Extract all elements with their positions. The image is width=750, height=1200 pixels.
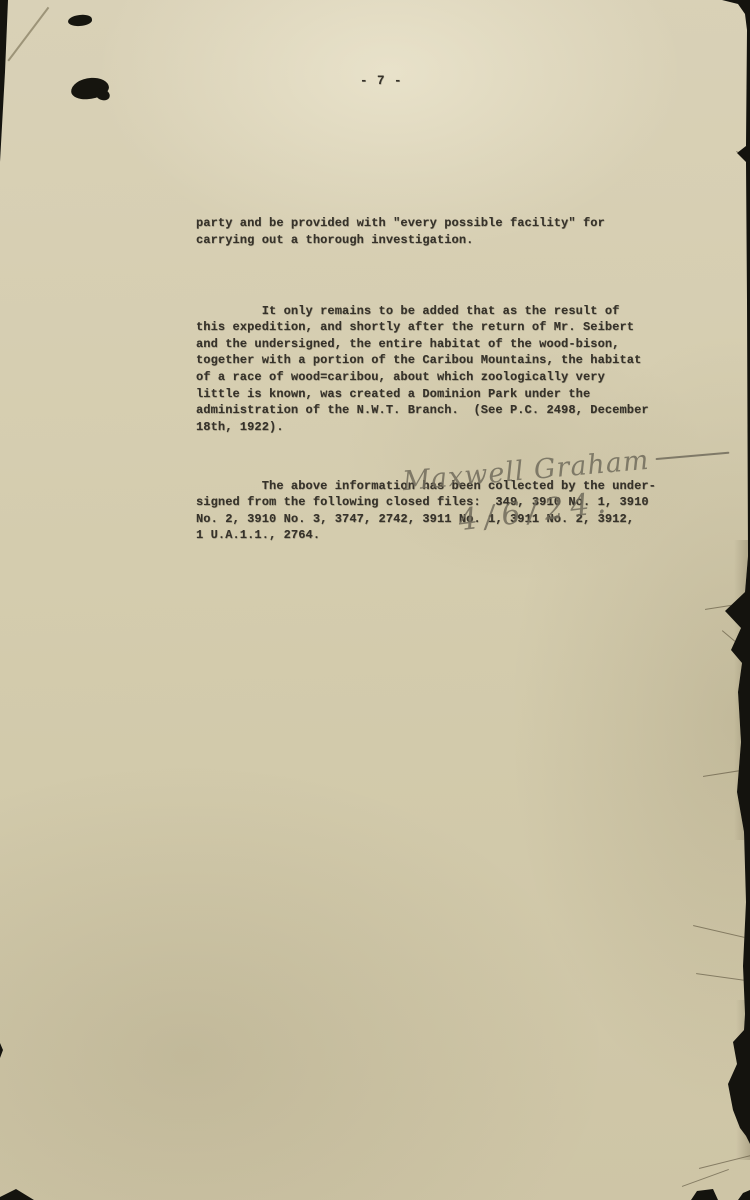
tear-crack xyxy=(705,602,749,610)
tear-crack xyxy=(736,151,748,156)
torn-edge-shadow xyxy=(734,540,750,840)
tear-crack xyxy=(682,1169,729,1187)
paragraph-dominion-park: It only remains to be added that as the … xyxy=(196,303,656,436)
tear-crack xyxy=(703,769,749,778)
paragraph-facility: party and be provided with "every possib… xyxy=(196,215,656,248)
paper-sheet: - 7 - party and be provided with "every … xyxy=(0,0,750,1200)
scanned-document-page: - 7 - party and be provided with "every … xyxy=(0,0,750,1200)
corner-crease xyxy=(7,7,49,61)
ink-blot xyxy=(67,14,92,28)
tear-crack xyxy=(696,973,748,982)
torn-edge-shadow xyxy=(736,1000,750,1160)
signature-flourish xyxy=(655,452,729,460)
page-number: - 7 - xyxy=(360,74,403,88)
tear-crack xyxy=(693,925,747,939)
